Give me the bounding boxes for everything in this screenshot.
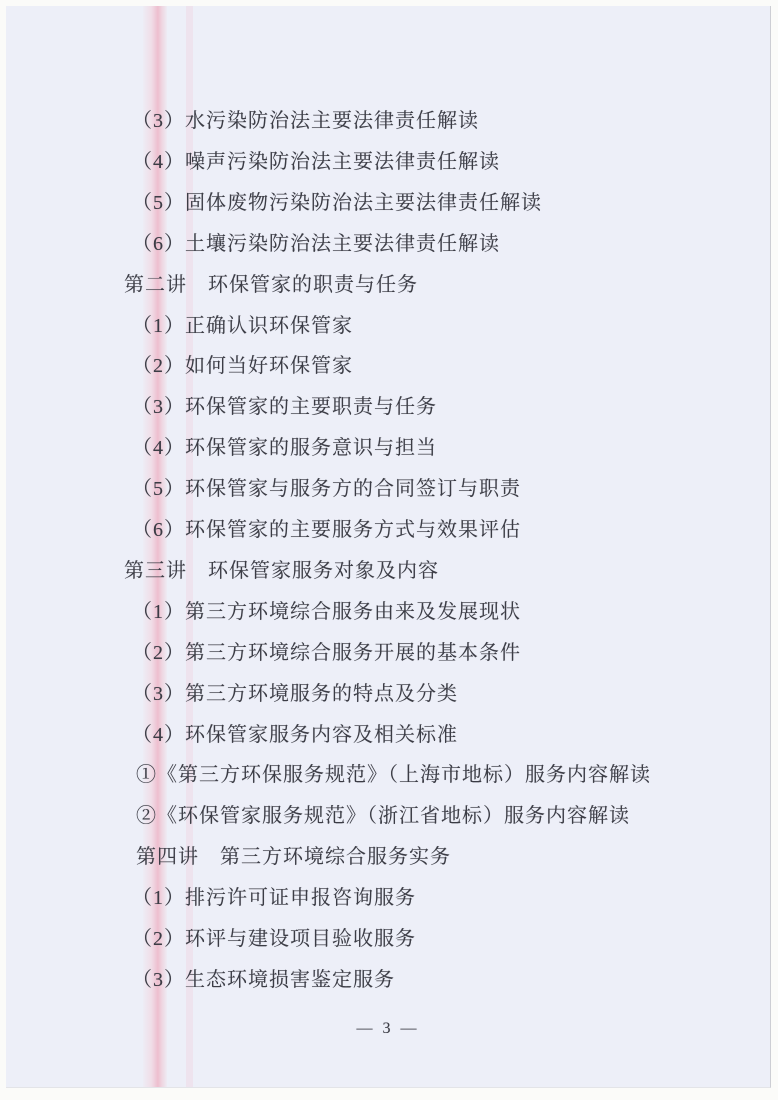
scanned-document: （3）水污染防治法主要法律责任解读（4）噪声污染防治法主要法律责任解读（5）固体…: [0, 0, 778, 1100]
document-line: （1）第三方环境综合服务由来及发展现状: [132, 595, 521, 624]
document-line: （2）环评与建设项目验收服务: [132, 922, 416, 951]
document-line: （1）排污许可证申报咨询服务: [132, 881, 416, 910]
document-line: （5）固体废物污染防治法主要法律责任解读: [132, 186, 542, 215]
document-line: （3）环保管家的主要职责与任务: [132, 390, 437, 419]
document-line: ②《环保管家服务规范》（浙江省地标）服务内容解读: [136, 799, 630, 828]
document-lines: （3）水污染防治法主要法律责任解读（4）噪声污染防治法主要法律责任解读（5）固体…: [6, 6, 770, 1087]
document-line: （1）正确认识环保管家: [132, 309, 353, 338]
document-line: （4）噪声污染防治法主要法律责任解读: [132, 145, 500, 174]
document-line: （6）土壤污染防治法主要法律责任解读: [132, 227, 500, 256]
document-line: （4）环保管家的服务意识与担当: [132, 431, 437, 460]
document-line: ①《第三方环保服务规范》（上海市地标）服务内容解读: [136, 758, 651, 787]
document-line: （4）环保管家服务内容及相关标准: [132, 718, 458, 747]
document-line: （2）如何当好环保管家: [132, 349, 353, 378]
document-line: （2）第三方环境综合服务开展的基本条件: [132, 636, 521, 665]
scanned-page: （3）水污染防治法主要法律责任解读（4）噪声污染防治法主要法律责任解读（5）固体…: [6, 6, 771, 1088]
document-line: （3）生态环境损害鉴定服务: [132, 963, 395, 992]
document-line: （6）环保管家的主要服务方式与效果评估: [132, 513, 521, 542]
document-line: （3）第三方环境服务的特点及分类: [132, 677, 458, 706]
document-line: （5）环保管家与服务方的合同签订与职责: [132, 472, 521, 501]
document-line: 第三讲 环保管家服务对象及内容: [124, 554, 439, 583]
document-line: 第四讲 第三方环境综合服务实务: [136, 840, 451, 869]
document-line: 第二讲 环保管家的职责与任务: [124, 268, 418, 297]
page-number: — 3 —: [6, 1020, 770, 1038]
document-line: （3）水污染防治法主要法律责任解读: [132, 104, 479, 133]
